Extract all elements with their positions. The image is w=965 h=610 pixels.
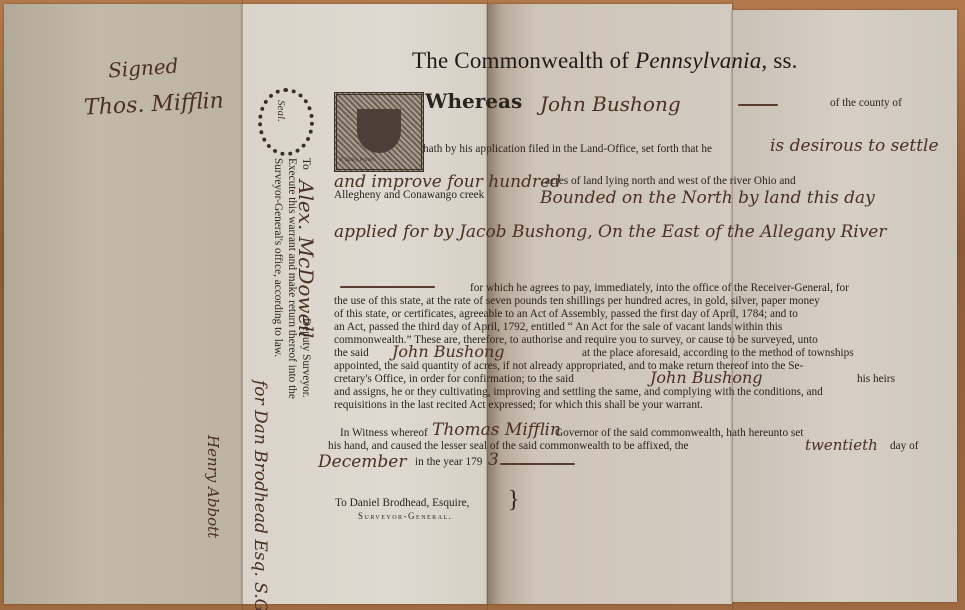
of-county-text: of the county of [830,97,902,110]
title-prefix: The Commonwealth of [412,48,635,73]
body-line-8a: cretary's Office, in order for confirmat… [334,373,574,386]
creek-text: Allegheny and Conawango creek [334,189,484,202]
addressee-line-2: Surveyor-General. [358,510,452,523]
witness-text-2: Governor of the said commonwealth, hath … [555,427,803,440]
seal-circle-icon [258,88,314,156]
body-line-10: requisitions in the last recited Act exp… [334,399,703,412]
boundary-east-handwritten: applied for by Jacob Bushong, On the Eas… [334,222,886,242]
year-text: in the year 179 [415,456,482,469]
desire-handwritten: is desirous to settle [770,136,939,156]
body-line-6a: the said [334,347,369,360]
application-text: hath by his application filed in the Lan… [423,143,712,156]
surveyor-general-signature: for Dan Brodhead Esq. S.G. [250,380,270,610]
applicant-name-3: John Bushong [650,368,763,387]
margin-office-line: Surveyor-General's office, according to … [271,158,284,357]
whereas-heading: Whereas [425,95,522,108]
margin-to-label: To [299,158,312,170]
body-line-6b: at the place aforesaid, according to the… [582,347,854,360]
day-handwritten: twentieth [805,436,878,454]
month-handwritten: December [318,452,406,472]
deputy-surveyor-label: Deputy Surveyor. [299,318,312,398]
blank-rule [340,286,435,288]
body-line-1: for which he agrees to pay, immediately,… [470,282,849,295]
fold-line [242,0,243,610]
governor-name: Thomas Mifflin [432,420,561,440]
blank-rule [738,104,778,106]
body-line-3: of this state, or certificates, agreeabl… [334,308,798,321]
fold-line [732,0,733,610]
day-of-text: day of [890,440,919,453]
title-suffix: ss. [767,48,797,73]
document-title: The Commonwealth of Pennsylvania, ss. [412,48,798,74]
boundary-north-handwritten: Bounded on the North by land this day [540,188,875,208]
applicant-name: John Bushong [540,92,681,116]
body-line-8b: his heirs [857,373,895,386]
acres-description: acres of land lying north and west of th… [545,175,796,188]
brace-icon: } [508,494,520,507]
addressee-line-1: To Daniel Brodhead, Esquire, [335,497,469,510]
year-digit-handwritten: 3 [488,450,499,470]
body-line-2: the use of this state, at the rate of se… [334,295,820,308]
seal-label: Seal. [275,100,287,122]
title-state: Pennsylvania, [635,48,767,73]
signed-label: Signed [107,54,179,83]
margin-execute-line: Execute this warrant and make return the… [285,158,298,399]
printer-credit: F. Bailey, Printer. [340,158,375,163]
blank-rule [500,463,575,465]
body-line-9: and assigns, he or they cultivating, imp… [334,386,823,399]
back-endorsement: Henry Abbott [204,435,222,538]
body-line-4: an Act, passed the third day of April, 1… [334,321,782,334]
witness-text-1: In Witness whereof [340,427,428,440]
fold-line [487,0,488,610]
